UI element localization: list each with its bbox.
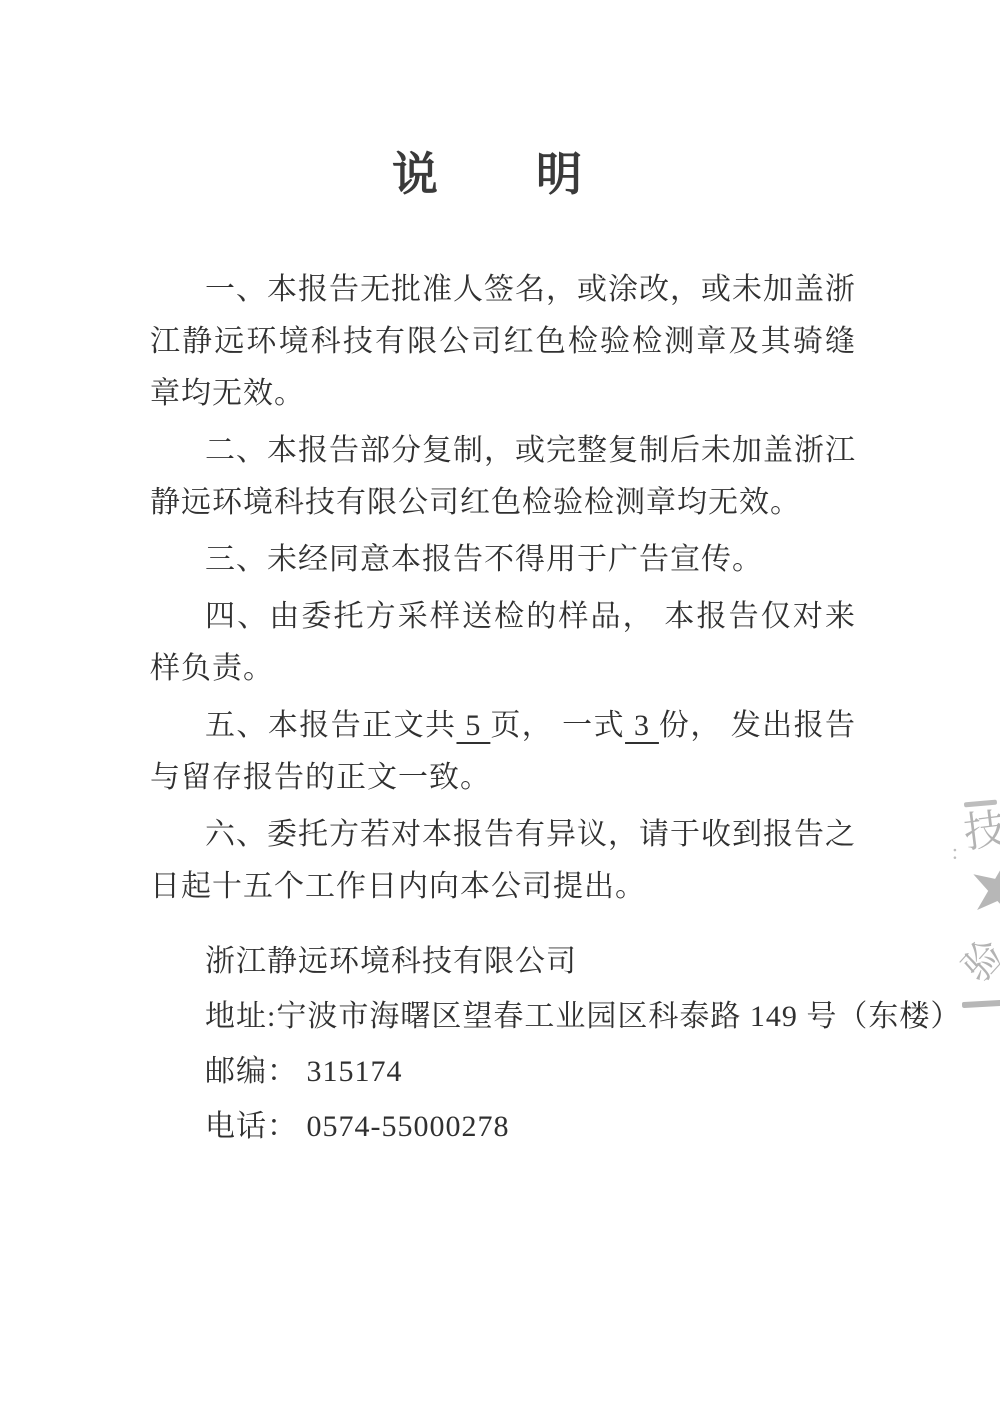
paragraph-text: 四、由委托方采样送检的样品， 本报告仅对来样负责。 [150, 600, 856, 685]
seal-star-icon: ★ [959, 845, 1000, 934]
paragraph-text: 二、本报告部分复制，或完整复制后未加盖浙江静远环境科技有限公司红色检验检测章均无… [150, 434, 856, 519]
paragraph-text: 页， 一式 [490, 709, 625, 742]
notice-paragraph: 六、委托方若对本报告有异议，请于收到报告之日起十五个工作日内向本公司提出。 [150, 809, 856, 913]
paragraph-text: 六、委托方若对本报告有异议，请于收到报告之日起十五个工作日内向本公司提出。 [150, 818, 856, 903]
footer-line: 地址:宁波市海曙区望春工业园区科泰路 149 号（东楼） [205, 989, 885, 1044]
cross-page-seal-fragment: : 技 ★ 验 [950, 793, 1000, 1018]
paragraph-text: 三、未经同意本报告不得用于广告宣传。 [205, 543, 763, 576]
paragraph-text: 一、本报告无批准人签名，或涂改，或未加盖浙江静远环境科技有限公司红色检验检测章及… [150, 273, 856, 410]
footer-line: 浙江静远环境科技有限公司 [205, 934, 885, 989]
footer-line: 邮编： 315174 [205, 1044, 885, 1099]
seal-arc-line-bottom [962, 1000, 1000, 1008]
notice-paragraph: 三、未经同意本报告不得用于广告宣传。 [150, 534, 856, 586]
underlined-value: 5 [456, 709, 490, 742]
footer-block: 浙江静远环境科技有限公司地址:宁波市海曙区望春工业园区科泰路 149 号（东楼）… [205, 934, 885, 1154]
seal-arc-line-top [964, 800, 997, 808]
page-title: 说 明 [0, 138, 1000, 204]
footer-line: 电话： 0574-55000278 [205, 1099, 885, 1154]
page-title-text: 说 明 [392, 149, 608, 200]
report-notice-page: 说 明 一、本报告无批准人签名，或涂改，或未加盖浙江静远环境科技有限公司红色检验… [0, 0, 1000, 1414]
seal-text-fragment-bottom: 验 [956, 933, 1000, 989]
seal-text-fragment-dot: : [952, 839, 958, 865]
notice-paragraphs: 一、本报告无批准人签名，或涂改，或未加盖浙江静远环境科技有限公司红色检验检测章及… [150, 264, 856, 918]
paragraph-text: 五、本报告正文共 [205, 709, 456, 742]
notice-paragraph: 五、本报告正文共 5 页， 一式 3 份， 发出报告与留存报告的正文一致。 [150, 700, 856, 804]
underlined-value: 3 [625, 709, 659, 742]
notice-paragraph: 四、由委托方采样送检的样品， 本报告仅对来样负责。 [150, 591, 856, 695]
notice-paragraph: 一、本报告无批准人签名，或涂改，或未加盖浙江静远环境科技有限公司红色检验检测章及… [150, 264, 856, 420]
notice-paragraph: 二、本报告部分复制，或完整复制后未加盖浙江静远环境科技有限公司红色检验检测章均无… [150, 425, 856, 529]
